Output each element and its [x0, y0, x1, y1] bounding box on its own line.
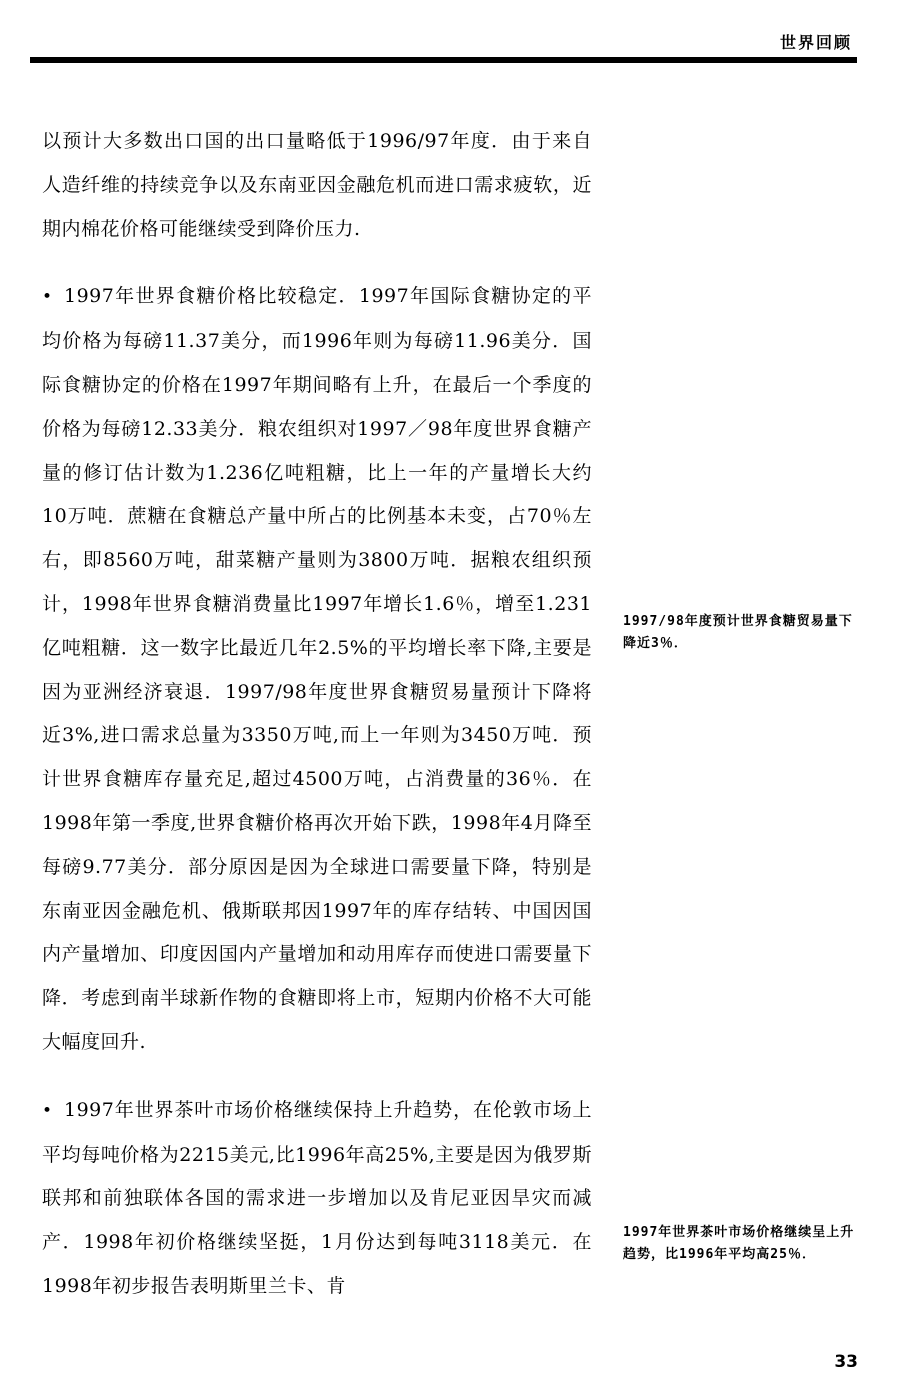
paragraph-sugar: •1997年世界食糖价格比较稳定．1997年国际食糖协定的平均价格为每磅11.3… — [42, 275, 592, 1064]
bullet-icon: • — [42, 276, 64, 320]
paragraph-text: 以预计大多数出口国的出口量略低于1996/97年度．由于来自人造纤维的持续竞争以… — [42, 130, 592, 240]
main-text-column: 以预计大多数出口国的出口量略低于1996/97年度．由于来自人造纤维的持续竞争以… — [42, 120, 592, 1333]
page-number: 33 — [834, 1352, 858, 1372]
paragraph-text: 1997年世界茶叶市场价格继续保持上升趋势，在伦敦市场上平均每吨价格为2215美… — [42, 1099, 592, 1297]
paragraph-cotton-continued: 以预计大多数出口国的出口量略低于1996/97年度．由于来自人造纤维的持续竞争以… — [42, 120, 592, 251]
running-head-title: 世界回顾 — [780, 30, 852, 53]
margin-note-tea-price: 1997年世界茶叶市场价格继续呈上升趋势，比1996年平均高25％． — [623, 1222, 863, 1266]
header-rule — [30, 57, 857, 63]
paragraph-text: 1997年世界食糖价格比较稳定．1997年国际食糖协定的平均价格为每磅11.37… — [42, 285, 592, 1053]
margin-note-sugar-trade: 1997/98年度预计世界食糖贸易量下降近3％． — [623, 611, 863, 655]
bullet-icon: • — [42, 1090, 64, 1134]
paragraph-tea: •1997年世界茶叶市场价格继续保持上升趋势，在伦敦市场上平均每吨价格为2215… — [42, 1089, 592, 1309]
